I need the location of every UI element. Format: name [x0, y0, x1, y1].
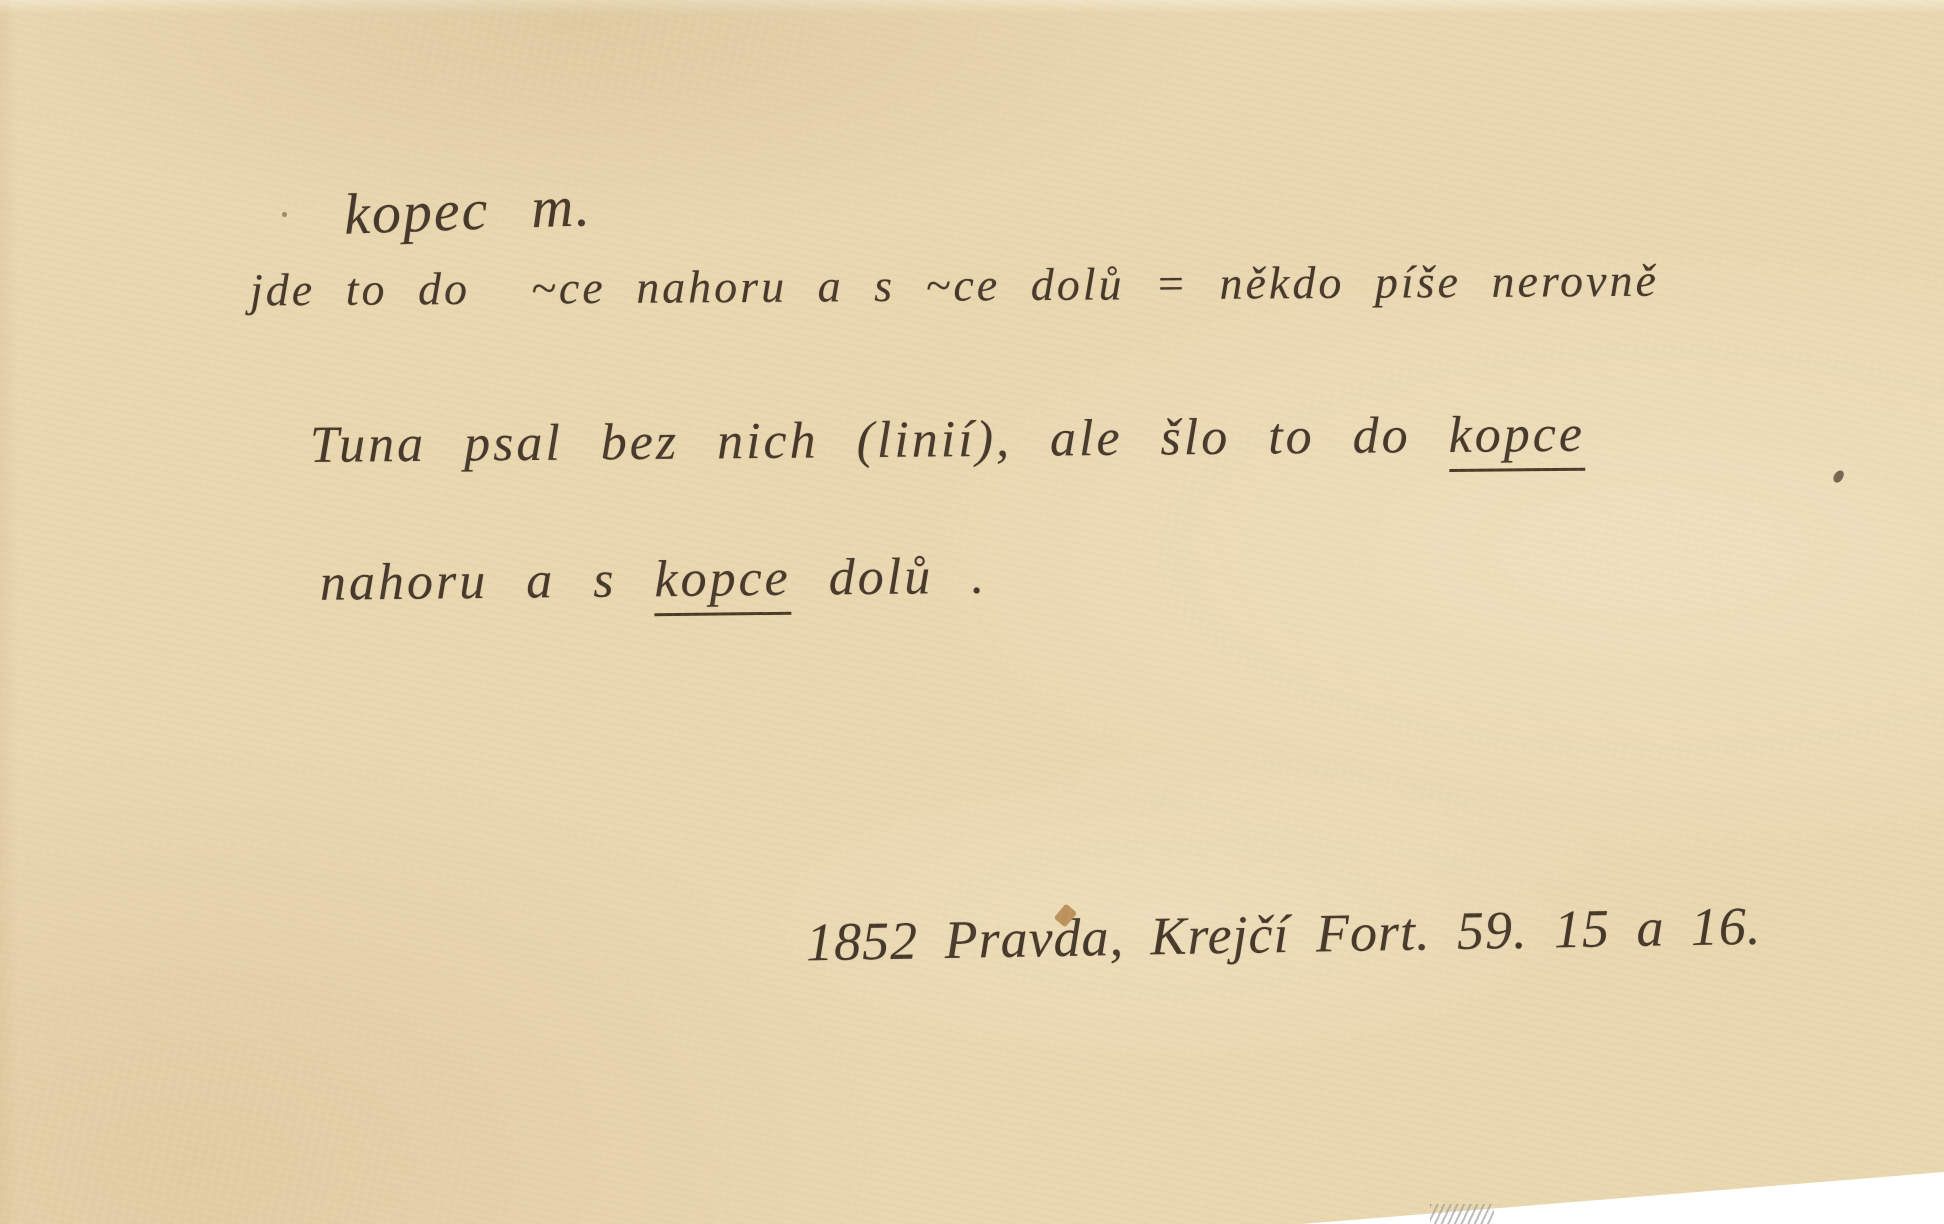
citation-line: 1852 Pravda, Krejčí Fort. 59. 15 a 16.: [698, 833, 1763, 1037]
document-card: kopecm. jde to do ~ce nahoru a s ~ce dol…: [0, 0, 1944, 1224]
dust-speck: [282, 212, 287, 217]
quote-line-2: nahoru a s kopce dolů .: [167, 488, 988, 674]
quote-text-2: nahoru a s: [320, 551, 655, 611]
hatch-mark: [1430, 1204, 1494, 1224]
citation-text: 1852 Pravda, Krejčí Fort. 59. 15 a 16.: [806, 896, 1762, 973]
usage-note-line: jde to do ~ce nahoru a s ~ce dolů = někd…: [127, 201, 1659, 371]
underlined-word-kopce-1: kopce: [1448, 406, 1585, 472]
quote-text-1: Tuna psal bez nich (linií), ale šlo to d…: [310, 407, 1449, 474]
underlined-word-kopce-2: kopce: [654, 550, 791, 616]
quote-text-3: dolů .: [790, 548, 987, 607]
usage-note-text: jde to do ~ce nahoru a s ~ce dolů = někd…: [250, 255, 1659, 316]
ink-speck: [1832, 469, 1846, 485]
